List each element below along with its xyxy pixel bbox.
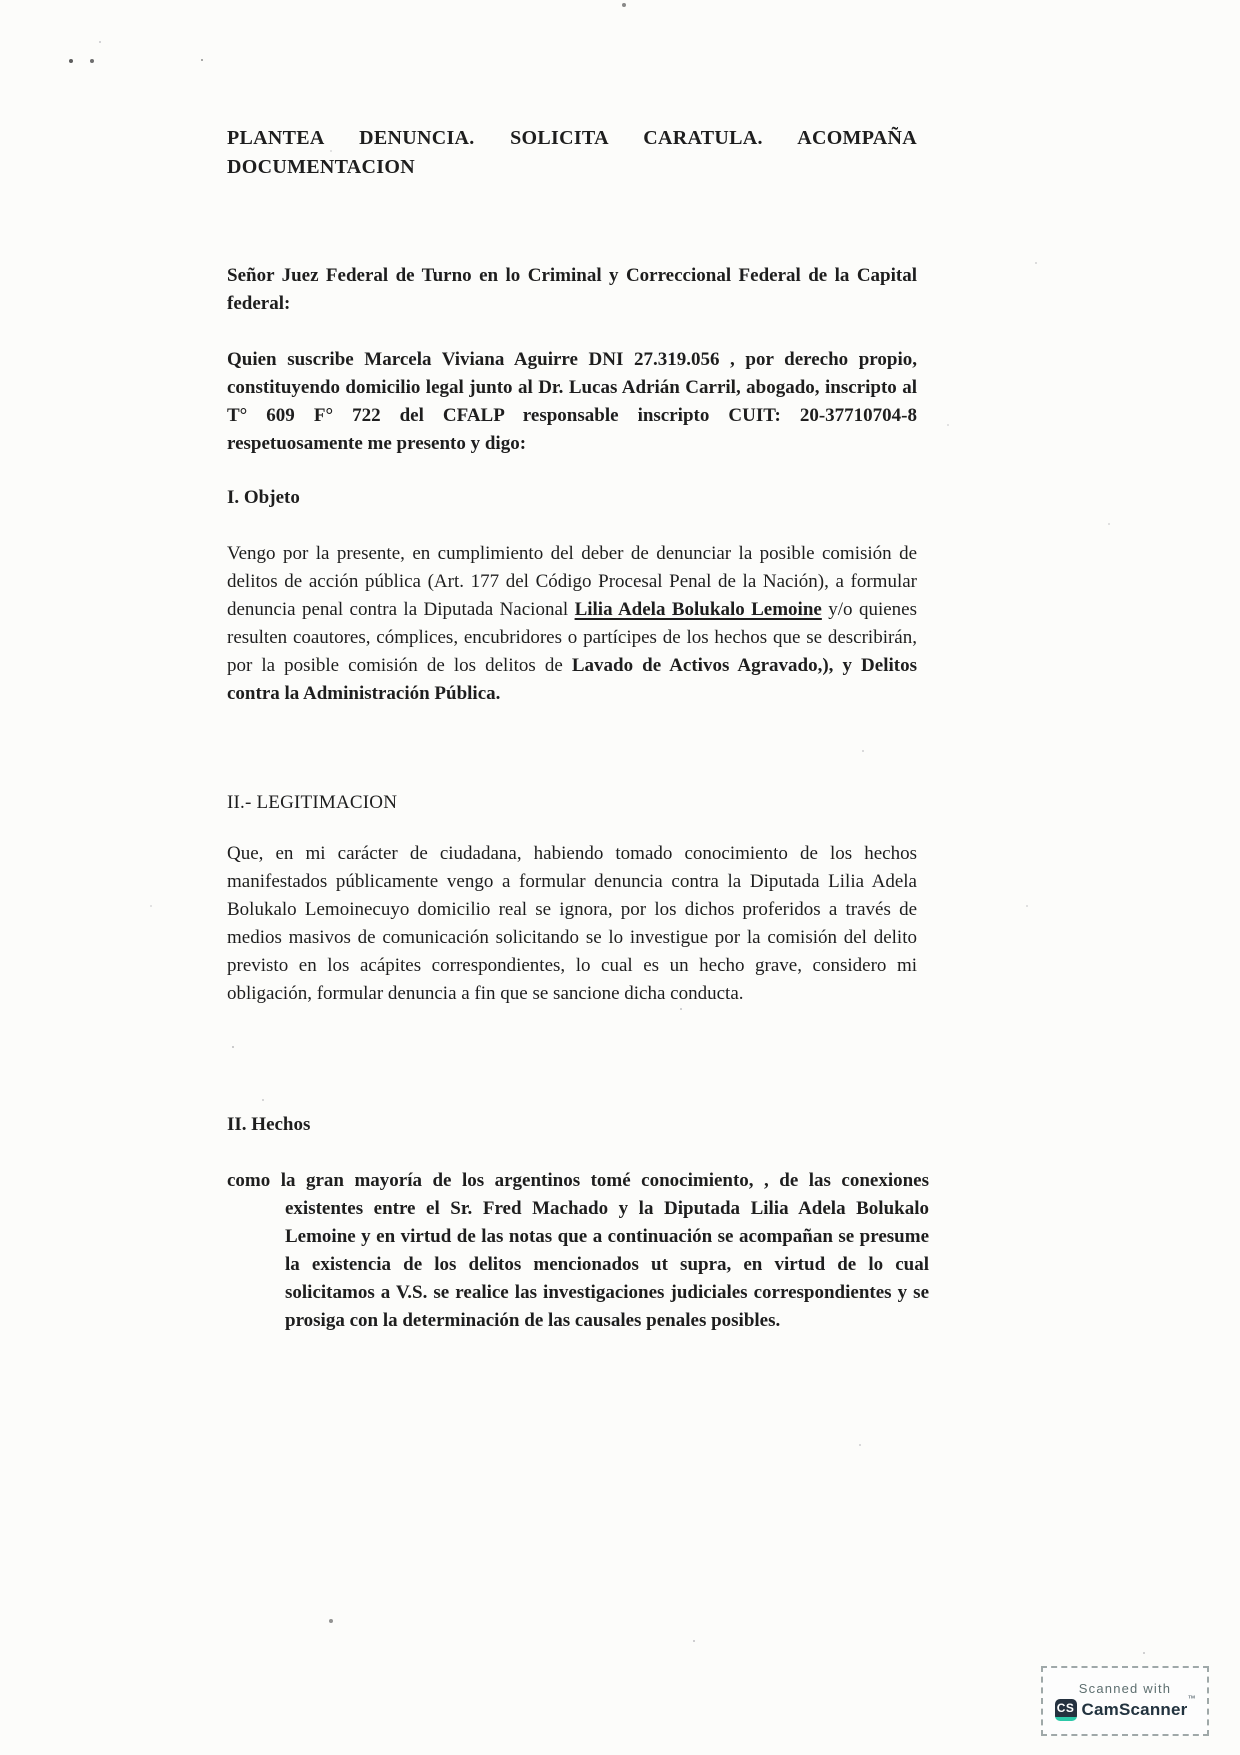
hechos-paragraph: como la gran mayoría de los argentinos t… xyxy=(227,1167,929,1335)
section-heading-legitimacion: II.- LEGITIMACION xyxy=(227,790,397,816)
legitimacion-paragraph: Que, en mi carácter de ciudadana, habien… xyxy=(227,840,917,1008)
cs-icon-teal-strip xyxy=(1055,1717,1077,1721)
trademark-symbol: ™ xyxy=(1187,1694,1195,1703)
intro-paragraph: Quien suscribe Marcela Viviana Aguirre D… xyxy=(227,346,917,458)
camscanner-watermark-badge: Scanned with CS CamScanner™ xyxy=(1041,1666,1209,1736)
salutation-paragraph: Señor Juez Federal de Turno en lo Crimin… xyxy=(227,262,917,318)
accused-name-underlined: Lilia Adela Bolukalo Lemoine xyxy=(575,599,822,620)
section-heading-objeto: I. Objeto xyxy=(227,485,300,511)
objeto-paragraph: Vengo por la presente, en cumplimiento d… xyxy=(227,540,917,708)
document-title-line1: PLANTEA DENUNCIA. SOLICITA CARATULA. ACO… xyxy=(227,124,917,153)
cs-icon-letters: CS xyxy=(1055,1699,1077,1717)
scanned-document-page: PLANTEA DENUNCIA. SOLICITA CARATULA. ACO… xyxy=(0,0,1240,1755)
brand-name-text: CamScanner xyxy=(1082,1700,1188,1719)
camscanner-brand-row: CS CamScanner™ xyxy=(1055,1699,1196,1721)
scanned-with-label: Scanned with xyxy=(1079,1681,1171,1696)
scan-noise-speckles xyxy=(0,0,2,2)
camscanner-cs-icon: CS xyxy=(1055,1699,1077,1721)
document-title: PLANTEA DENUNCIA. SOLICITA CARATULA. ACO… xyxy=(227,124,917,182)
section-heading-hechos: II. Hechos xyxy=(227,1112,310,1138)
camscanner-brand-name: CamScanner™ xyxy=(1082,1700,1196,1720)
document-title-line2: DOCUMENTACION xyxy=(227,153,917,182)
